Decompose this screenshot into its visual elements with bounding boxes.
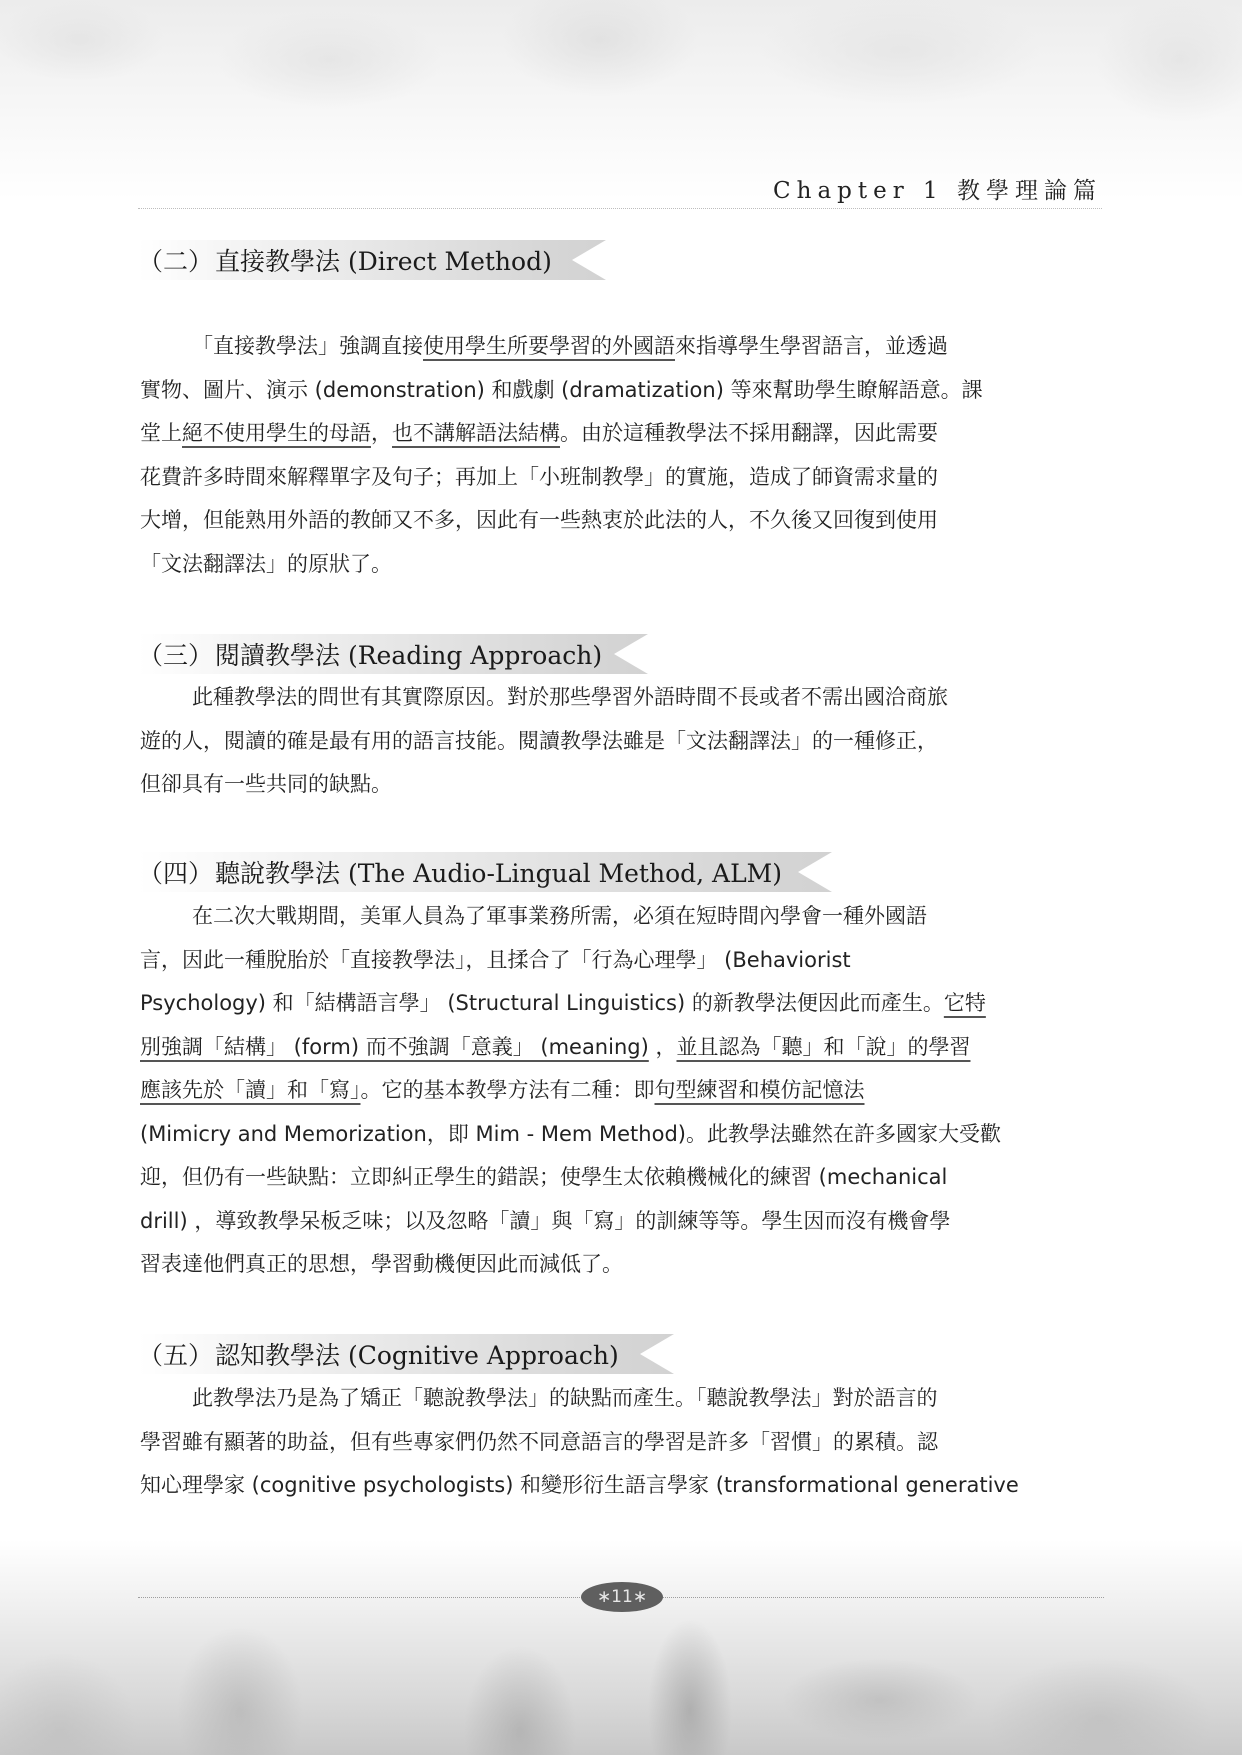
text-line: 此種教學法的問世有其實際原因。對於那些學習外語時間不長或者不需出國洽商旅	[140, 676, 1100, 720]
paragraph-reading-approach: 此種教學法的問世有其實際原因。對於那些學習外語時間不長或者不需出國洽商旅遊的人，…	[140, 676, 1100, 807]
text-segment: 但卻具有一些共同的缺點。	[140, 772, 392, 796]
text-line: drill) ，導致教學呆板乏味；以及忽略「讀」與「寫」的訓練等等。學生因而沒有…	[140, 1200, 1100, 1244]
text-line: 大增，但能熟用外語的教師又不多，因此有一些熱衷於此法的人，不久後又回復到使用	[140, 499, 1100, 543]
text-segment: (Mimicry and Memorization，即 Mim - Mem Me…	[140, 1122, 1001, 1146]
underlined-phrase: 它特	[944, 991, 986, 1015]
text-line: Psychology) 和「結構語言學」 (Structural Linguis…	[140, 982, 1100, 1026]
underlined-phrase: 別強調「結構」 (form) 而不強調「意義」 (meaning)	[140, 1035, 649, 1059]
text-line: 言，因此一種脫胎於「直接教學法」，且揉合了「行為心理學」 (Behavioris…	[140, 939, 1100, 983]
text-segment: 知心理學家 (cognitive psychologists) 和變形衍生語言學…	[140, 1473, 1019, 1497]
heading-text: （二）直接教學法 (Direct Method)	[138, 242, 552, 278]
text-line: 實物、圖片、演示 (demonstration) 和戲劇 (dramatizat…	[140, 369, 1100, 413]
underlined-phrase: 使用學生所要學習的外國語	[423, 334, 675, 358]
underlined-phrase: 句型練習和模仿記憶法	[655, 1078, 865, 1102]
text-line: 「直接教學法」強調直接使用學生所要學習的外國語來指導學生學習語言，並透過	[140, 325, 1100, 369]
text-line: 遊的人，閱讀的確是最有用的語言技能。閱讀教學法雖是「文法翻譯法」的一種修正，	[140, 720, 1100, 764]
text-segment: drill) ，導致教學呆板乏味；以及忽略「讀」與「寫」的訓練等等。學生因而沒有…	[140, 1209, 950, 1233]
running-header: Chapter 1 教學理論篇	[138, 170, 1102, 209]
section-heading-audio-lingual: （四）聽說教學法 (The Audio-Lingual Method, ALM)	[138, 852, 782, 892]
text-line: 「文法翻譯法」的原狀了。	[140, 543, 1100, 587]
text-segment: 「文法翻譯法」的原狀了。	[140, 552, 392, 576]
text-segment: 此教學法乃是為了矯正「聽說教學法」的缺點而產生。「聽說教學法」對於語言的	[192, 1386, 938, 1410]
text-line: 學習雖有顯著的助益，但有些專家們仍然不同意語言的學習是許多「習慣」的累積。認	[140, 1421, 1100, 1465]
text-line: 別強調「結構」 (form) 而不強調「意義」 (meaning) ，並且認為「…	[140, 1026, 1100, 1070]
section-heading-cognitive-approach: （五）認知教學法 (Cognitive Approach)	[138, 1334, 619, 1374]
underlined-phrase: 並且認為「聽」和「說」的學習	[676, 1035, 970, 1059]
text-segment: 學習雖有顯著的助益，但有些專家們仍然不同意語言的學習是許多「習慣」的累積。認	[140, 1430, 938, 1454]
text-segment: 。由於這種教學法不採用翻譯，因此需要	[560, 421, 938, 445]
text-segment: 大增，但能熟用外語的教師又不多，因此有一些熱衷於此法的人，不久後又回復到使用	[140, 508, 938, 532]
text-line: 堂上絕不使用學生的母語，也不講解語法結構。由於這種教學法不採用翻譯，因此需要	[140, 412, 1100, 456]
text-segment: 。它的基本教學方法有二種：即	[361, 1078, 655, 1102]
text-segment: Psychology) 和「結構語言學」 (Structural Linguis…	[140, 991, 944, 1015]
section-heading-direct-method: （二）直接教學法 (Direct Method)	[138, 240, 552, 280]
paragraph-direct-method: 「直接教學法」強調直接使用學生所要學習的外國語來指導學生學習語言，並透過實物、圖…	[140, 325, 1100, 586]
text-segment: 在二次大戰期間，美軍人員為了軍事業務所需，必須在短時間內學會一種外國語	[192, 904, 927, 928]
text-line: 習表達他們真正的思想，學習動機便因此而減低了。	[140, 1243, 1100, 1287]
text-segment: 「直接教學法」強調直接	[192, 334, 423, 358]
underlined-phrase: 應該先於「讀」和「寫」	[140, 1078, 361, 1102]
underlined-phrase: 絕不使用學生的母語	[182, 421, 371, 445]
heading-text: （五）認知教學法 (Cognitive Approach)	[138, 1336, 619, 1372]
text-line: 知心理學家 (cognitive psychologists) 和變形衍生語言學…	[140, 1464, 1100, 1508]
text-segment: ，	[371, 421, 392, 445]
heading-text: （三）閱讀教學法 (Reading Approach)	[138, 636, 602, 672]
text-segment: ，	[649, 1035, 677, 1059]
text-segment: 此種教學法的問世有其實際原因。對於那些學習外語時間不長或者不需出國洽商旅	[192, 685, 948, 709]
text-segment: 言，因此一種脫胎於「直接教學法」，且揉合了「行為心理學」 (Behavioris…	[140, 948, 851, 972]
chapter-title: Chapter 1 教學理論篇	[773, 172, 1102, 205]
text-line: 花費許多時間來解釋單字及句子；再加上「小班制教學」的實施，造成了師資需求量的	[140, 456, 1100, 500]
paragraph-cognitive-approach: 此教學法乃是為了矯正「聽說教學法」的缺點而產生。「聽說教學法」對於語言的學習雖有…	[140, 1377, 1100, 1508]
text-line: 應該先於「讀」和「寫」。它的基本教學方法有二種：即句型練習和模仿記憶法	[140, 1069, 1100, 1113]
text-segment: 來指導學生學習語言，並透過	[675, 334, 948, 358]
text-segment: 遊的人，閱讀的確是最有用的語言技能。閱讀教學法雖是「文法翻譯法」的一種修正，	[140, 729, 938, 753]
page-number-badge: ∗11∗	[581, 1582, 663, 1612]
text-line: 迎，但仍有一些缺點：立即糾正學生的錯誤；使學生太依賴機械化的練習 (mechan…	[140, 1156, 1100, 1200]
heading-text: （四）聽說教學法 (The Audio-Lingual Method, ALM)	[138, 854, 782, 890]
text-line: 此教學法乃是為了矯正「聽說教學法」的缺點而產生。「聽說教學法」對於語言的	[140, 1377, 1100, 1421]
text-line: 但卻具有一些共同的缺點。	[140, 763, 1100, 807]
text-segment: 實物、圖片、演示 (demonstration) 和戲劇 (dramatizat…	[140, 378, 983, 402]
text-segment: 花費許多時間來解釋單字及句子；再加上「小班制教學」的實施，造成了師資需求量的	[140, 465, 938, 489]
paragraph-audio-lingual: 在二次大戰期間，美軍人員為了軍事業務所需，必須在短時間內學會一種外國語言，因此一…	[140, 895, 1100, 1287]
text-segment: 迎，但仍有一些缺點：立即糾正學生的錯誤；使學生太依賴機械化的練習 (mechan…	[140, 1165, 947, 1189]
text-line: 在二次大戰期間，美軍人員為了軍事業務所需，必須在短時間內學會一種外國語	[140, 895, 1100, 939]
text-segment: 習表達他們真正的思想，學習動機便因此而減低了。	[140, 1252, 623, 1276]
underlined-phrase: 也不講解語法結構	[392, 421, 560, 445]
section-heading-reading-approach: （三）閱讀教學法 (Reading Approach)	[138, 634, 602, 674]
text-line: (Mimicry and Memorization，即 Mim - Mem Me…	[140, 1113, 1100, 1157]
background-decoration-bottom	[0, 1540, 1242, 1755]
text-segment: 堂上	[140, 421, 182, 445]
